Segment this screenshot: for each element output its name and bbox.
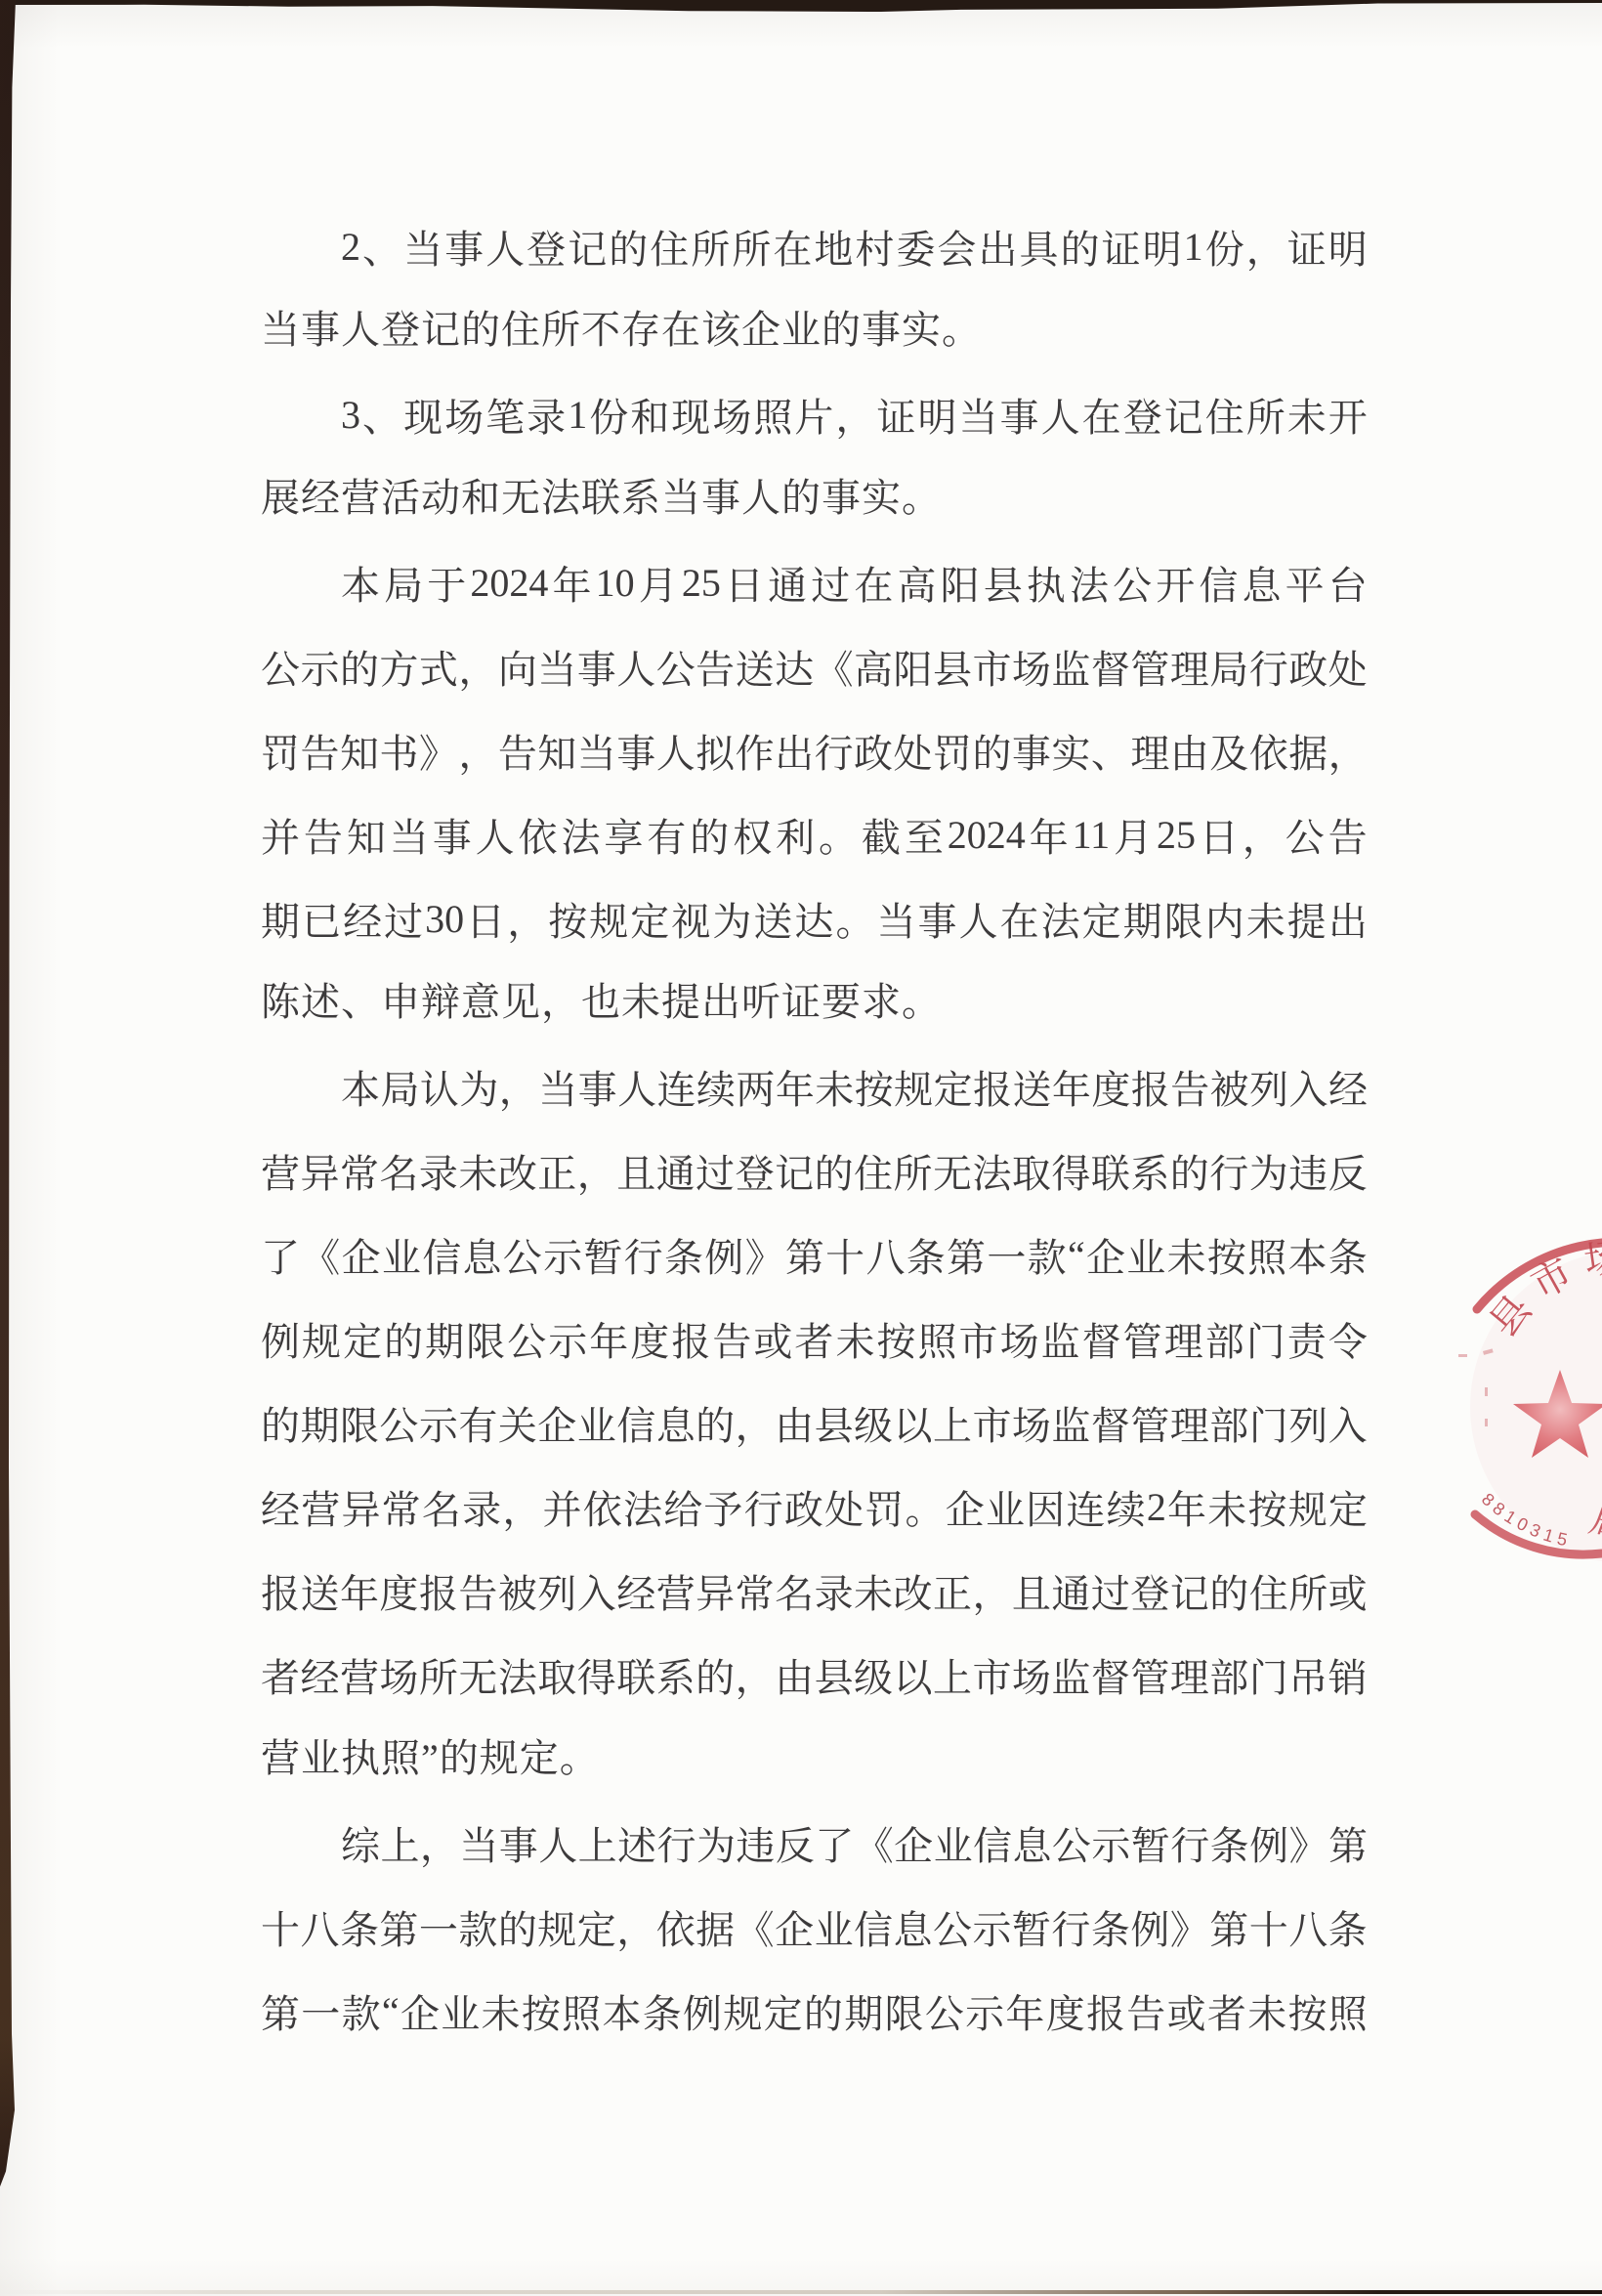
stamp-arc-text: 县市场 xyxy=(1481,1233,1602,1344)
text-line: 期已经过30日，按规定视为送达。当事人在法定期限内未提出 xyxy=(261,876,1368,960)
svg-text:县市场: 县市场 xyxy=(1481,1233,1602,1344)
document-page: 2、当事人登记的住所所在地村委会出具的证明1份，证明当事人登记的住所不存在该企业… xyxy=(0,0,1602,2296)
stamp-ring-top-arc xyxy=(1477,1243,1602,1309)
text-line: 当事人登记的住所不存在该企业的事实。 xyxy=(261,288,1368,372)
stamp-partial-char: 局 xyxy=(1584,1501,1602,1550)
text-line: 罚告知书》，告知当事人拟作出行政处罚的事实、理由及依据， xyxy=(261,708,1368,792)
text-line: 3、现场笔录1份和现场照片，证明当事人在登记住所未开 xyxy=(261,372,1368,456)
text-line: 并告知当事人依法享有的权利。截至2024年11月25日，公告 xyxy=(261,792,1368,876)
text-line: 2、当事人登记的住所所在地村委会出具的证明1份，证明 xyxy=(261,204,1368,288)
stamp-ring-bottom-arc xyxy=(1475,1514,1602,1554)
text-line: 综上，当事人上述行为违反了《企业信息公示暂行条例》第 xyxy=(261,1801,1368,1885)
text-line: 十八条第一款的规定，依据《企业信息公示暂行条例》第十八条 xyxy=(261,1885,1368,1969)
text-line: 的期限公示有关企业信息的，由县级以上市场监督管理部门列入 xyxy=(261,1381,1368,1465)
text-line: 营业执照”的规定。 xyxy=(261,1717,1368,1801)
text-line: 展经营活动和无法联系当事人的事实。 xyxy=(261,456,1368,540)
text-line: 本局于2024年10月25日通过在高阳县执法公开信息平台 xyxy=(261,540,1368,624)
stamp-ink-specks xyxy=(1458,1348,1494,1426)
stamp-serial-number: 8810315 xyxy=(1478,1489,1574,1551)
text-line: 公示的方式，向当事人公告送达《高阳县市场监督管理局行政处 xyxy=(261,624,1368,708)
text-line: 报送年度报告被列入经营异常名录未改正，且通过登记的住所或 xyxy=(261,1549,1368,1633)
text-line: 例规定的期限公示年度报告或者未按照市场监督管理部门责令 xyxy=(261,1297,1368,1381)
scan-edge-top xyxy=(0,0,1602,16)
document-body: 2、当事人登记的住所所在地村委会出具的证明1份，证明当事人登记的住所不存在该企业… xyxy=(261,204,1368,2053)
stamp-ink-haze xyxy=(1470,1251,1602,1563)
svg-text:8810315: 8810315 xyxy=(1478,1489,1574,1551)
scan-edge-left xyxy=(0,0,20,2187)
text-line: 本局认为，当事人连续两年未按规定报送年度报告被列入经 xyxy=(261,1044,1368,1128)
text-line: 陈述、申辩意见，也未提出听证要求。 xyxy=(261,960,1368,1044)
scan-edge-bottom xyxy=(0,2290,1602,2294)
text-line: 营异常名录未改正，且通过登记的住所无法取得联系的行为违反 xyxy=(261,1128,1368,1212)
star-icon xyxy=(1513,1370,1602,1458)
text-line: 了《企业信息公示暂行条例》第十八条第一款“企业未按照本条 xyxy=(261,1212,1368,1297)
text-line: 者经营场所无法取得联系的，由县级以上市场监督管理部门吊销 xyxy=(261,1633,1368,1717)
text-line: 经营异常名录，并依法给予行政处罚。企业因连续2年未按规定 xyxy=(261,1465,1368,1549)
text-line: 第一款“企业未按照本条例规定的期限公示年度报告或者未按照 xyxy=(261,1969,1368,2053)
